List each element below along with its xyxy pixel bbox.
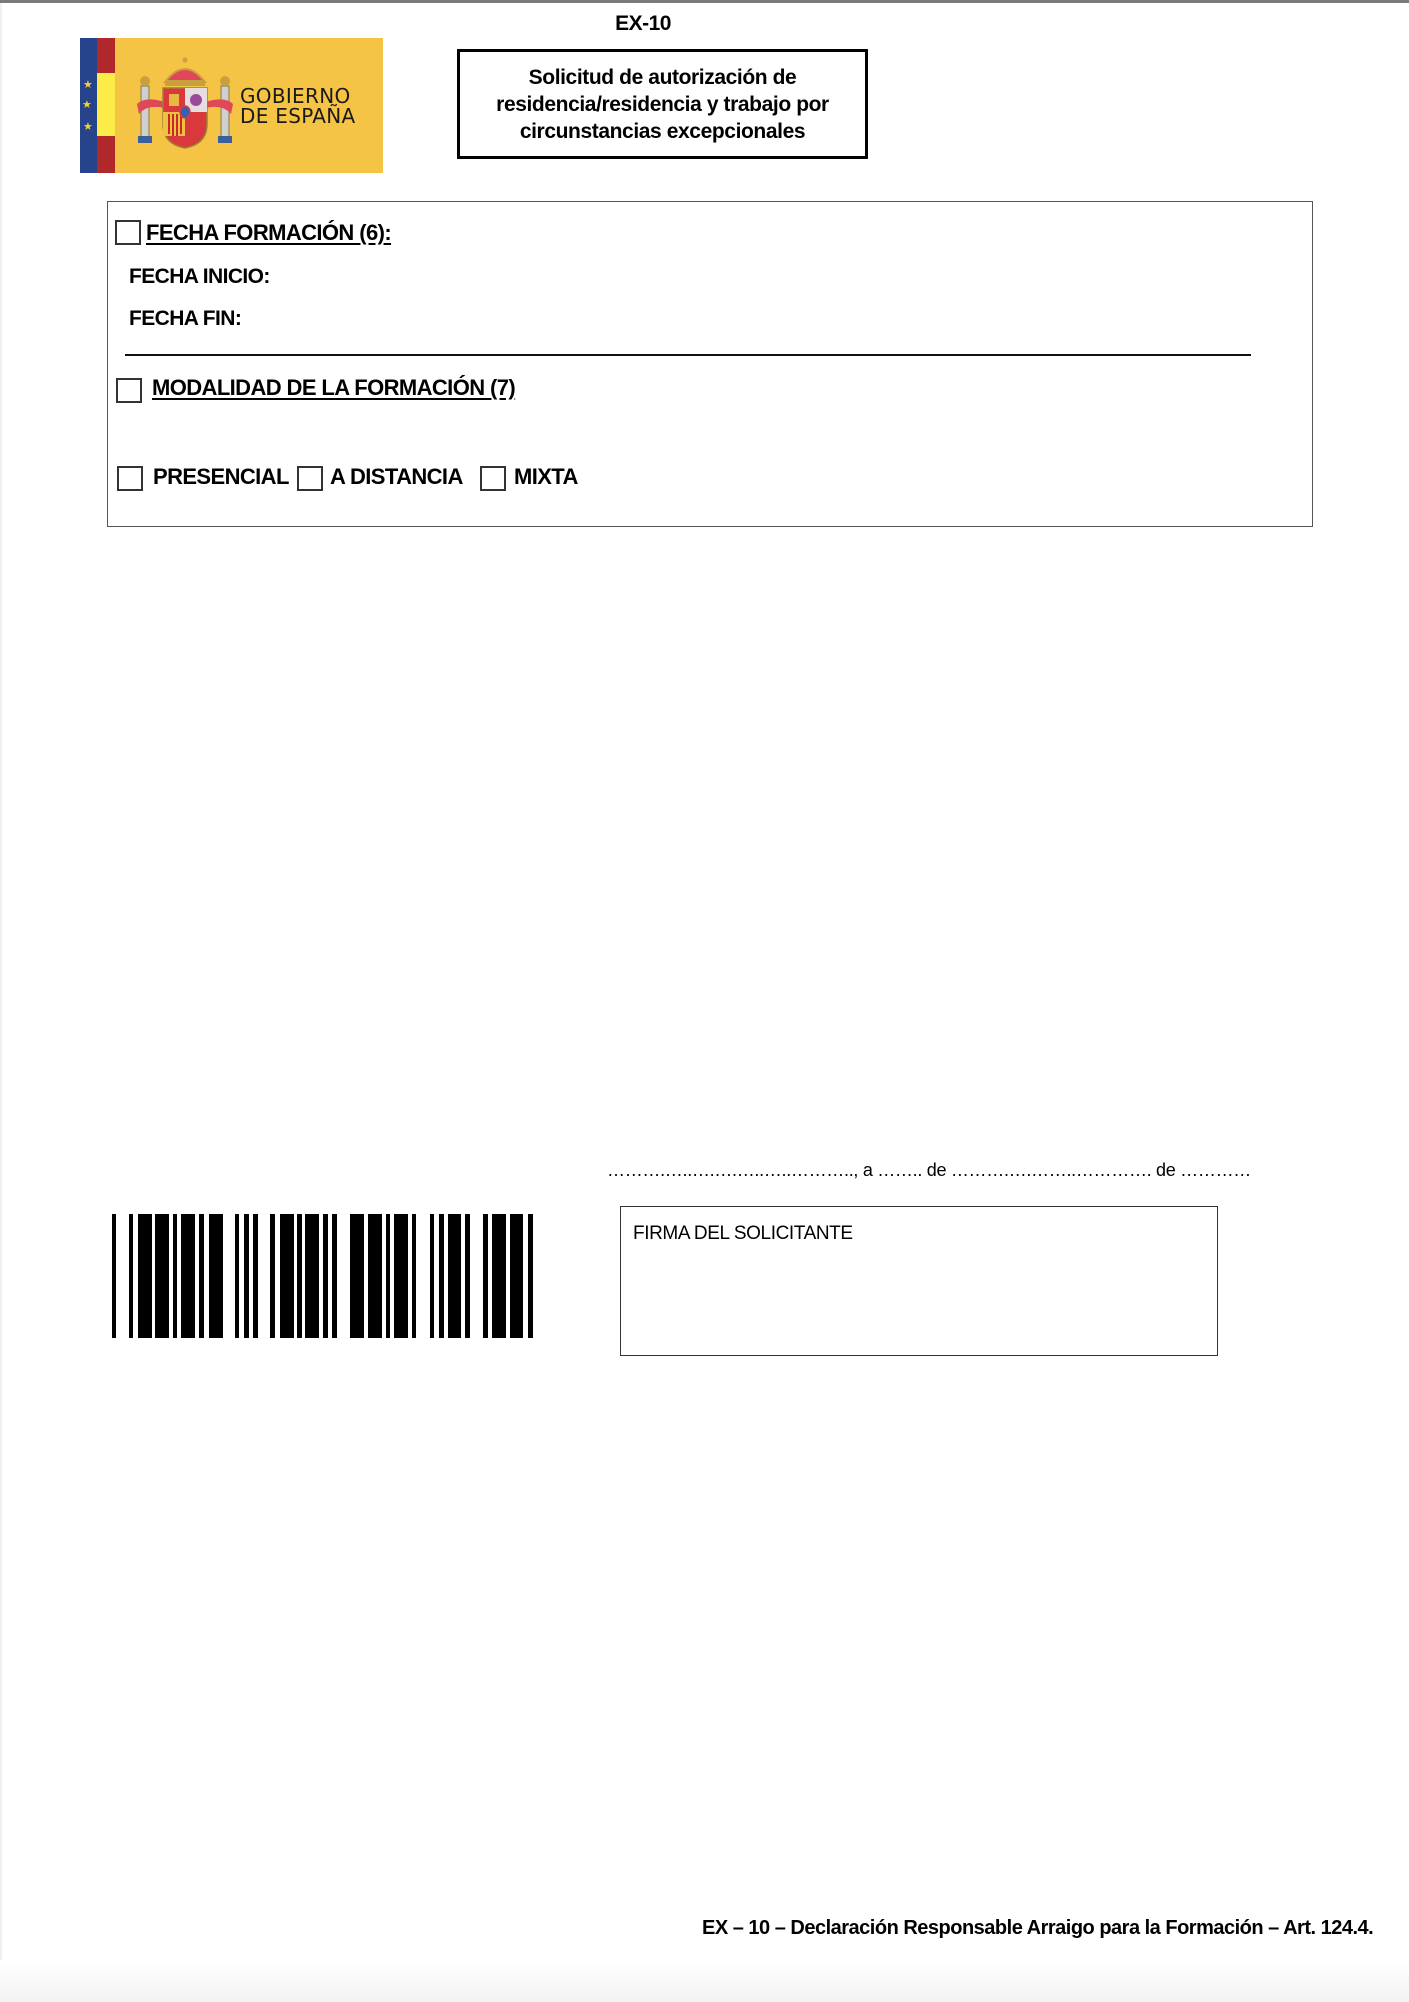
fecha-inicio-label: FECHA INICIO: [129,264,270,290]
signature-label: FIRMA DEL SOLICITANTE [633,1223,853,1245]
a-distancia-label: A DISTANCIA [330,464,463,490]
page-edge [0,3,2,2002]
mixta-label: MIXTA [514,464,578,490]
viewer-top-border [0,0,1409,3]
logo-line-1: GOBIERNO [240,86,356,106]
presencial-label: PRESENCIAL [153,464,289,490]
page-bottom-shadow [0,1960,1409,2002]
modalidad-checkbox[interactable] [116,378,142,403]
form-code: EX-10 [600,12,686,36]
gobierno-de-espana-logo: ★ ★ ★ GOBIERNO DE ESPAÑA [80,38,383,173]
spain-flag-yellow [97,73,115,136]
mixta-checkbox[interactable] [480,466,506,491]
star-icon: ★ [83,80,93,91]
signature-box[interactable]: FIRMA DEL SOLICITANTE [620,1206,1218,1356]
form-title-box: Solicitud de autorización de residencia/… [457,49,868,159]
section-divider [125,354,1251,356]
star-icon: ★ [83,122,93,133]
presencial-checkbox[interactable] [117,466,143,491]
logo-text: GOBIERNO DE ESPAÑA [240,86,356,126]
fecha-fin-label: FECHA FIN: [129,306,241,332]
place-date-line[interactable]: ……….…..….….…..…..……….., a …….. de ……….….… [607,1160,1251,1181]
spain-coat-of-arms-icon [135,56,235,156]
logo-line-2: DE ESPAÑA [240,106,356,126]
a-distancia-checkbox[interactable] [297,466,323,491]
form-title: Solicitud de autorización de residencia/… [473,64,853,145]
page-footer: EX – 10 – Declaración Responsable Arraig… [702,1917,1373,1940]
fecha-formacion-checkbox[interactable] [115,220,141,245]
modalidad-heading: MODALIDAD DE LA FORMACIÓN (7) [152,375,515,401]
star-icon: ★ [82,100,92,111]
fecha-formacion-heading: FECHA FORMACIÓN (6): [146,220,391,246]
